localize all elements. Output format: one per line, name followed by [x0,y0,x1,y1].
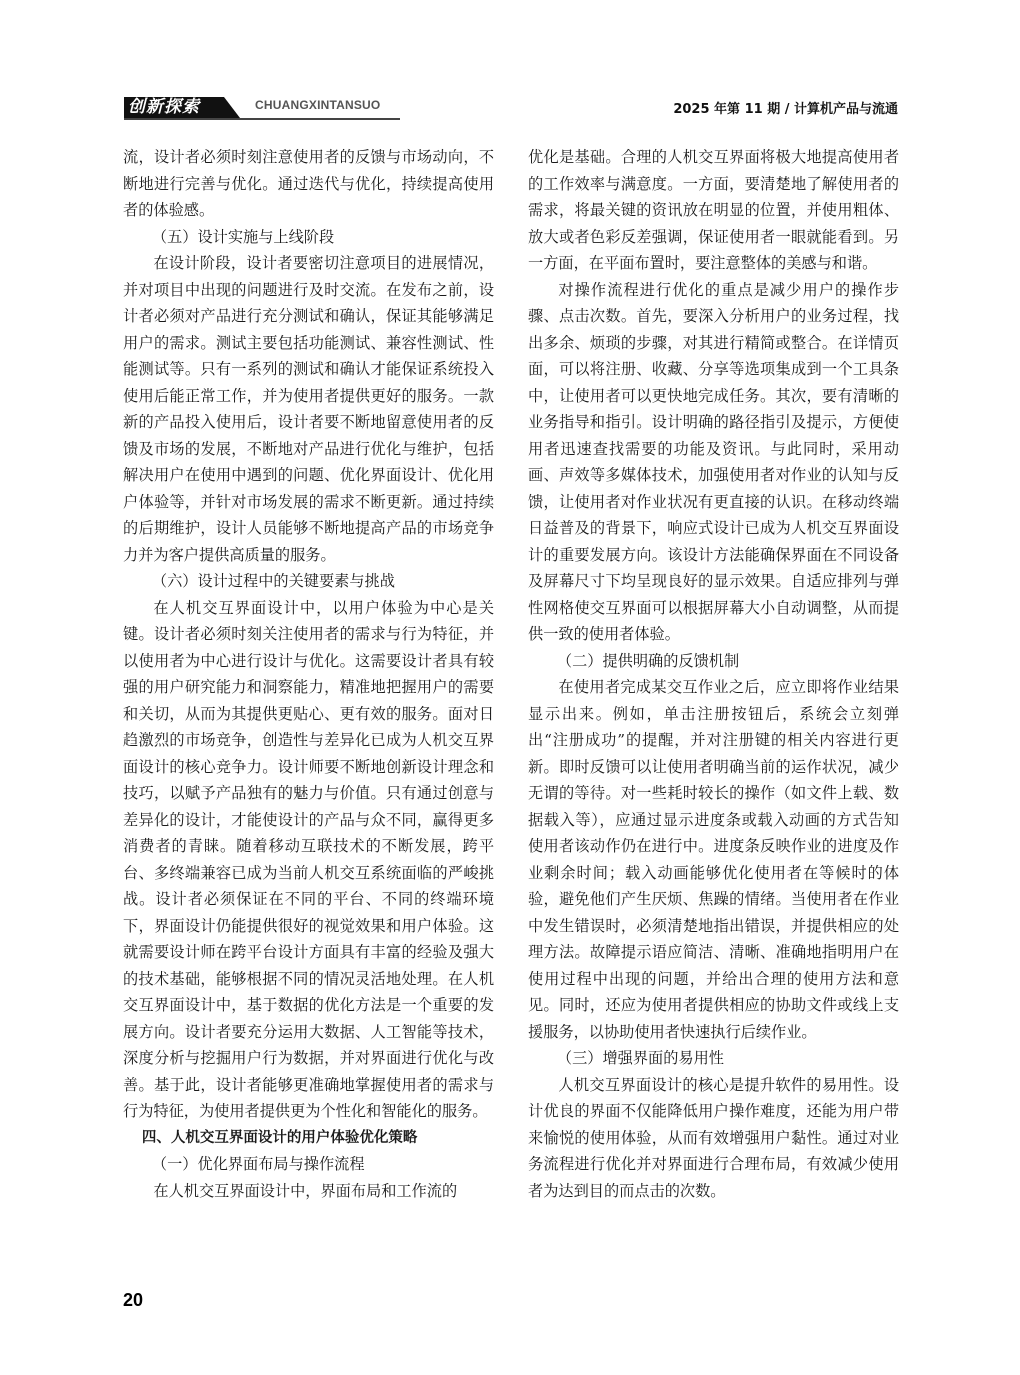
paragraph: 在使用者完成某交互作业之后，应立即将作业结果显示出来。例如，单击注册按钮后，系统… [528,674,899,1045]
paragraph: 在人机交互界面设计中，界面布局和工作流的 [123,1178,494,1205]
subheading: （六）设计过程中的关键要素与挑战 [123,568,494,595]
paragraph: 优化是基础。合理的人机交互界面将极大地提高使用者的工作效率与满意度。一方面，要清… [528,144,899,277]
right-column: 优化是基础。合理的人机交互界面将极大地提高使用者的工作效率与满意度。一方面，要清… [528,144,899,1204]
paragraph: 在设计阶段，设计者要密切注意项目的进展情况，并对项目中出现的问题进行及时交流。在… [123,250,494,568]
header-rule [124,118,400,120]
running-header: 创新探索 CHUANGXINTANSUO 2025 年第 11 期 / 计算机产… [124,96,898,122]
journal-issue: 2025 年第 11 期 / 计算机产品与流通 [673,98,898,117]
paragraph: 在人机交互界面设计中，以用户体验为中心是关键。设计者必须时刻关注使用者的需求与行… [123,595,494,1125]
column-name: 创新探索 [128,96,200,118]
subheading: （一）优化界面布局与操作流程 [123,1151,494,1178]
subheading: （三）增强界面的易用性 [528,1045,899,1072]
page-number: 20 [123,1290,143,1311]
column-logo-block: 创新探索 [124,97,240,118]
paragraph: 流，设计者必须时刻注意使用者的反馈与市场动向，不断地进行完善与优化。通过迭代与优… [123,144,494,224]
subheading: （二）提供明确的反馈机制 [528,648,899,675]
column-pinyin: CHUANGXINTANSUO [255,98,380,112]
left-column: 流，设计者必须时刻注意使用者的反馈与市场动向，不断地进行完善与优化。通过迭代与优… [123,144,494,1204]
paragraph: 人机交互界面设计的核心是提升软件的易用性。设计优良的界面不仅能降低用户操作难度，… [528,1072,899,1205]
section-heading: 四、人机交互界面设计的用户体验优化策略 [123,1125,494,1152]
paragraph: 对操作流程进行优化的重点是减少用户的操作步骤、点击次数。首先，要深入分析用户的业… [528,277,899,648]
subheading: （五）设计实施与上线阶段 [123,224,494,251]
